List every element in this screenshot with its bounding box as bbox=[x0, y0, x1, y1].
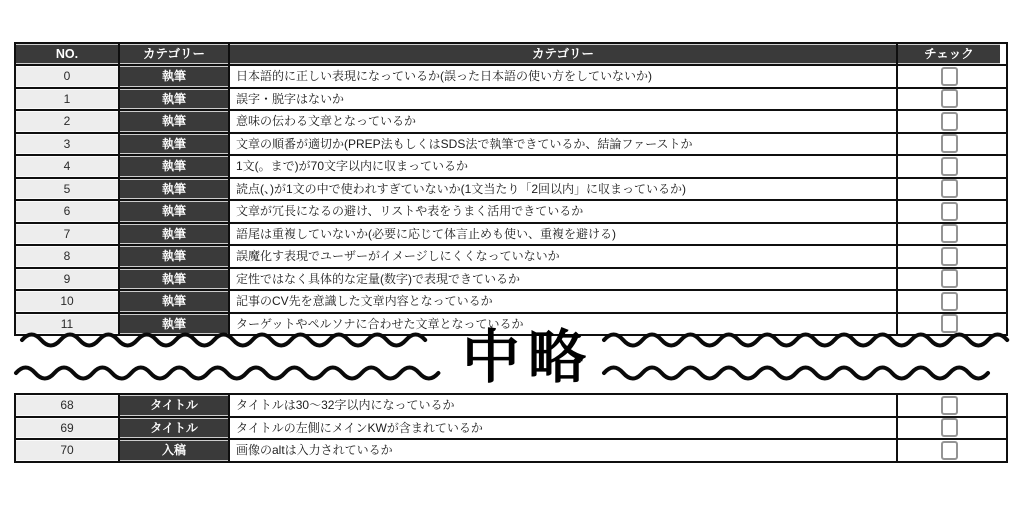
row-category: 執筆 bbox=[120, 269, 230, 290]
table-row: 5 執筆 読点(、)が1文の中で使われすぎていないか(1文当たり「2回以内」に収… bbox=[16, 179, 1006, 202]
row-category: 執筆 bbox=[120, 179, 230, 200]
squiggle-right-top bbox=[602, 331, 1010, 349]
row-item-text: 文章が冗長になるの避け、リストや表をうまく活用できているか bbox=[230, 201, 898, 222]
checkbox-cell bbox=[898, 179, 1000, 200]
checkbox[interactable] bbox=[941, 67, 958, 86]
row-number: 10 bbox=[16, 291, 120, 312]
row-item-text: 定性ではなく具体的な定量(数字)で表現できているか bbox=[230, 269, 898, 290]
row-number: 0 bbox=[16, 66, 120, 87]
checkbox[interactable] bbox=[941, 269, 958, 288]
table-row: 7 執筆 語尾は重複していないか(必要に応じて体言止めも使い、重複を避ける) bbox=[16, 224, 1006, 247]
checkbox-cell bbox=[898, 291, 1000, 312]
table-row: 68 タイトル タイトルは30〜32字以内になっているか bbox=[16, 395, 1006, 418]
table-row: 1 執筆 誤字・脱字はないか bbox=[16, 89, 1006, 112]
checkbox[interactable] bbox=[941, 396, 958, 415]
row-category: 執筆 bbox=[120, 291, 230, 312]
row-number: 69 bbox=[16, 418, 120, 439]
checkbox[interactable] bbox=[941, 157, 958, 176]
checkbox-cell bbox=[898, 156, 1000, 177]
checkbox[interactable] bbox=[941, 112, 958, 131]
table-row: 3 執筆 文章の順番が適切か(PREP法もしくはSDS法で執筆できているか、結論… bbox=[16, 134, 1006, 157]
checklist-table-top: NO. カテゴリー カテゴリー チェック 0 執筆 日本語的に正しい表現になって… bbox=[14, 42, 1008, 336]
header-item: カテゴリー bbox=[230, 44, 898, 64]
row-item-text: 誤字・脱字はないか bbox=[230, 89, 898, 110]
row-category: 執筆 bbox=[120, 66, 230, 87]
table-row: 8 執筆 誤魔化す表現でユーザーがイメージしにくくなっていないか bbox=[16, 246, 1006, 269]
row-category: タイトル bbox=[120, 395, 230, 416]
row-number: 1 bbox=[16, 89, 120, 110]
checkbox[interactable] bbox=[941, 202, 958, 221]
row-number: 3 bbox=[16, 134, 120, 155]
table-header-row: NO. カテゴリー カテゴリー チェック bbox=[16, 44, 1006, 66]
row-item-text: タイトルの左側にメインKWが含まれているか bbox=[230, 418, 898, 439]
row-category: 執筆 bbox=[120, 201, 230, 222]
row-category: タイトル bbox=[120, 418, 230, 439]
row-item-text: 日本語的に正しい表現になっているか(誤った日本語の使い方をしていないか) bbox=[230, 66, 898, 87]
row-number: 4 bbox=[16, 156, 120, 177]
row-category: 執筆 bbox=[120, 134, 230, 155]
squiggle-right-bottom bbox=[602, 364, 1008, 382]
row-category: 入稿 bbox=[120, 440, 230, 461]
checkbox[interactable] bbox=[941, 292, 958, 311]
table-row: 6 執筆 文章が冗長になるの避け、リストや表をうまく活用できているか bbox=[16, 201, 1006, 224]
checkbox-cell bbox=[898, 134, 1000, 155]
checkbox[interactable] bbox=[941, 441, 958, 460]
omission-label: 中略 bbox=[438, 327, 618, 389]
row-number: 7 bbox=[16, 224, 120, 245]
checkbox-cell bbox=[898, 224, 1000, 245]
row-number: 6 bbox=[16, 201, 120, 222]
table-row: 70 入稿 画像のaltは入力されているか bbox=[16, 440, 1006, 461]
row-category: 執筆 bbox=[120, 156, 230, 177]
table-row: 4 執筆 1文(。まで)が70文字以内に収まっているか bbox=[16, 156, 1006, 179]
row-item-text: 意味の伝わる文章となっているか bbox=[230, 111, 898, 132]
header-category: カテゴリー bbox=[120, 44, 230, 64]
row-item-text: 誤魔化す表現でユーザーがイメージしにくくなっていないか bbox=[230, 246, 898, 267]
checkbox-cell bbox=[898, 89, 1000, 110]
checkbox-cell bbox=[898, 66, 1000, 87]
checkbox-cell bbox=[898, 440, 1000, 461]
squiggle-left-bottom bbox=[14, 364, 448, 382]
header-check: チェック bbox=[898, 44, 1000, 64]
row-item-text: タイトルは30〜32字以内になっているか bbox=[230, 395, 898, 416]
checkbox[interactable] bbox=[941, 418, 958, 437]
table-body-bottom: 68 タイトル タイトルは30〜32字以内になっているか 69 タイトル タイト… bbox=[16, 395, 1006, 461]
row-number: 68 bbox=[16, 395, 120, 416]
checklist-table-bottom: 68 タイトル タイトルは30〜32字以内になっているか 69 タイトル タイト… bbox=[14, 393, 1008, 463]
checkbox[interactable] bbox=[941, 224, 958, 243]
table-row: 69 タイトル タイトルの左側にメインKWが含まれているか bbox=[16, 418, 1006, 441]
checkbox[interactable] bbox=[941, 134, 958, 153]
checkbox-cell bbox=[898, 395, 1000, 416]
checkbox-cell bbox=[898, 201, 1000, 222]
row-number: 8 bbox=[16, 246, 120, 267]
table-row: 0 執筆 日本語的に正しい表現になっているか(誤った日本語の使い方をしていないか… bbox=[16, 66, 1006, 89]
table-row: 10 執筆 記事のCV先を意識した文章内容となっているか bbox=[16, 291, 1006, 314]
row-item-text: 記事のCV先を意識した文章内容となっているか bbox=[230, 291, 898, 312]
table-row: 9 執筆 定性ではなく具体的な定量(数字)で表現できているか bbox=[16, 269, 1006, 292]
page: NO. カテゴリー カテゴリー チェック 0 執筆 日本語的に正しい表現になって… bbox=[0, 0, 1024, 517]
checkbox[interactable] bbox=[941, 247, 958, 266]
checkbox-cell bbox=[898, 418, 1000, 439]
row-number: 5 bbox=[16, 179, 120, 200]
checkbox-cell bbox=[898, 111, 1000, 132]
row-category: 執筆 bbox=[120, 224, 230, 245]
checkbox-cell bbox=[898, 269, 1000, 290]
row-category: 執筆 bbox=[120, 246, 230, 267]
row-number: 70 bbox=[16, 440, 120, 461]
row-item-text: 文章の順番が適切か(PREP法もしくはSDS法で執筆できているか、結論ファースト… bbox=[230, 134, 898, 155]
checkbox-cell bbox=[898, 246, 1000, 267]
row-number: 9 bbox=[16, 269, 120, 290]
squiggle-left-top bbox=[20, 331, 438, 349]
row-item-text: 読点(、)が1文の中で使われすぎていないか(1文当たり「2回以内」に収まっている… bbox=[230, 179, 898, 200]
row-number: 2 bbox=[16, 111, 120, 132]
row-item-text: 1文(。まで)が70文字以内に収まっているか bbox=[230, 156, 898, 177]
row-category: 執筆 bbox=[120, 111, 230, 132]
header-no: NO. bbox=[16, 44, 120, 64]
table-body-top: 0 執筆 日本語的に正しい表現になっているか(誤った日本語の使い方をしていないか… bbox=[16, 66, 1006, 334]
checkbox[interactable] bbox=[941, 89, 958, 108]
checkbox[interactable] bbox=[941, 179, 958, 198]
row-item-text: 語尾は重複していないか(必要に応じて体言止めも使い、重複を避ける) bbox=[230, 224, 898, 245]
table-row: 2 執筆 意味の伝わる文章となっているか bbox=[16, 111, 1006, 134]
row-item-text: 画像のaltは入力されているか bbox=[230, 440, 898, 461]
row-category: 執筆 bbox=[120, 89, 230, 110]
